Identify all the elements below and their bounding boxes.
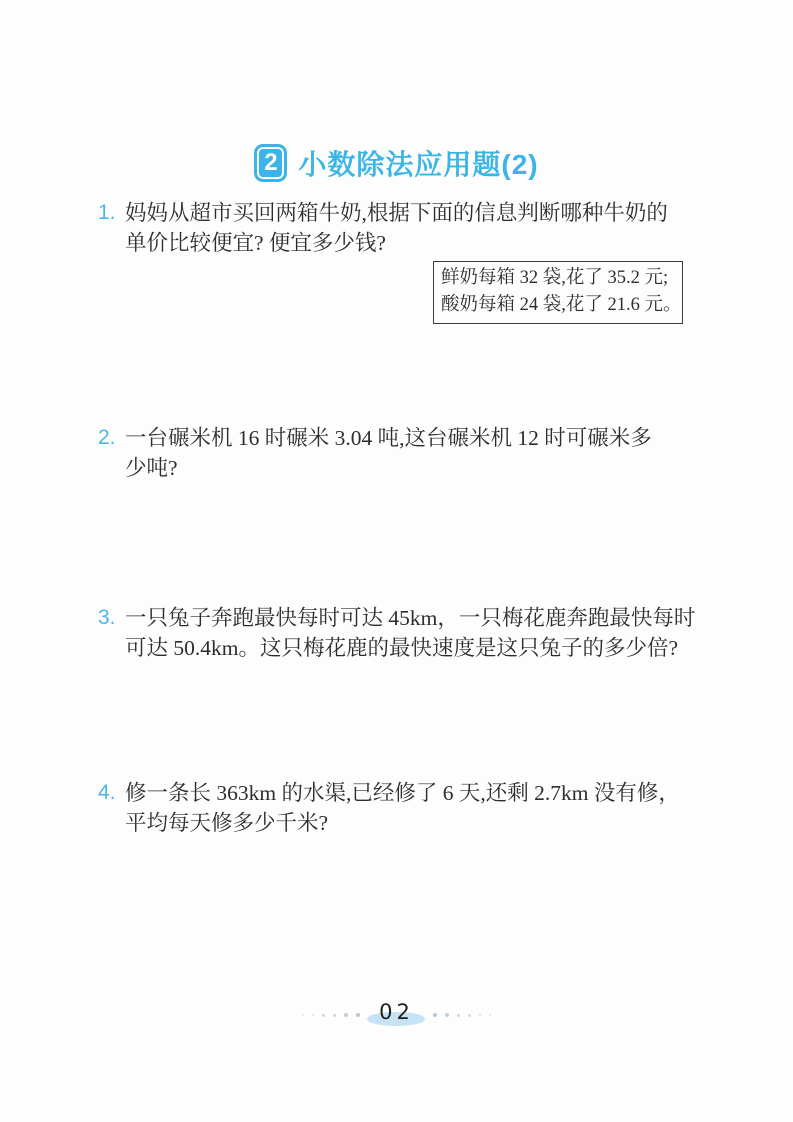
problem-1-text: 妈妈从超市买回两箱牛奶,根据下面的信息判断哪种牛奶的 单价比较便宜? 便宜多少钱… bbox=[125, 198, 718, 258]
dot-icon bbox=[302, 1014, 304, 1016]
title-text: 小数除法应用题(2) bbox=[298, 143, 538, 183]
problem-1-line-1: 妈妈从超市买回两箱牛奶,根据下面的信息判断哪种牛奶的 bbox=[125, 198, 718, 228]
problem-3-line-1: 一只兔子奔跑最快每时可达 45km，一只梅花鹿奔跑最快每时 bbox=[125, 603, 718, 633]
info-box-line-1: 鲜奶每箱 32 袋,花了 35.2 元; bbox=[441, 265, 677, 292]
problem-4-text: 修一条长 363km 的水渠,已经修了 6 天,还剩 2.7km 没有修， 平均… bbox=[125, 778, 718, 838]
page-number: 02 bbox=[379, 1000, 414, 1024]
problem-4-number: 4. bbox=[98, 778, 116, 808]
dot-icon bbox=[433, 1013, 437, 1017]
problem-3-text: 一只兔子奔跑最快每时可达 45km，一只梅花鹿奔跑最快每时 可达 50.4km。… bbox=[125, 603, 718, 663]
problem-2-text: 一台碾米机 16 时碾米 3.04 吨,这台碾米机 12 时可碾米多 少吨? bbox=[125, 423, 718, 483]
dot-icon bbox=[344, 1013, 348, 1017]
dot-icon bbox=[457, 1014, 460, 1017]
page-title: 2 小数除法应用题(2) bbox=[0, 143, 793, 183]
footer-dots-left bbox=[302, 1013, 360, 1017]
page-footer: 02 bbox=[0, 1000, 793, 1024]
problem-2: 2. 一台碾米机 16 时碾米 3.04 吨,这台碾米机 12 时可碾米多 少吨… bbox=[98, 423, 718, 483]
problem-2-number: 2. bbox=[98, 423, 116, 453]
problem-4: 4. 修一条长 363km 的水渠,已经修了 6 天,还剩 2.7km 没有修，… bbox=[98, 778, 718, 838]
footer-dots-right bbox=[433, 1013, 491, 1017]
problem-3-line-2: 可达 50.4km。这只梅花鹿的最快速度是这只兔子的多少倍? bbox=[125, 633, 718, 663]
problem-3: 3. 一只兔子奔跑最快每时可达 45km，一只梅花鹿奔跑最快每时 可达 50.4… bbox=[98, 603, 718, 663]
problem-1-line-2: 单价比较便宜? 便宜多少钱? bbox=[125, 228, 718, 258]
problem-4-line-1: 修一条长 363km 的水渠,已经修了 6 天,还剩 2.7km 没有修， bbox=[125, 778, 718, 808]
dot-icon bbox=[356, 1013, 360, 1017]
problem-1-number: 1. bbox=[98, 198, 116, 228]
info-box: 鲜奶每箱 32 袋,花了 35.2 元; 酸奶每箱 24 袋,花了 21.6 元… bbox=[433, 261, 683, 324]
info-box-line-2: 酸奶每箱 24 袋,花了 21.6 元。 bbox=[441, 292, 677, 319]
worksheet-page: 2 小数除法应用题(2) 1. 妈妈从超市买回两箱牛奶,根据下面的信息判断哪种牛… bbox=[0, 0, 793, 1122]
dot-icon bbox=[322, 1014, 325, 1017]
dot-icon bbox=[479, 1014, 481, 1016]
problem-4-line-2: 平均每天修多少千米? bbox=[125, 808, 718, 838]
page-number-wrap: 02 bbox=[373, 1000, 420, 1024]
dot-icon bbox=[312, 1014, 314, 1016]
title-number-badge: 2 bbox=[254, 144, 287, 182]
dot-icon bbox=[445, 1013, 449, 1017]
problem-2-line-2: 少吨? bbox=[125, 453, 718, 483]
dot-icon bbox=[468, 1014, 471, 1017]
problem-1: 1. 妈妈从超市买回两箱牛奶,根据下面的信息判断哪种牛奶的 单价比较便宜? 便宜… bbox=[98, 198, 718, 258]
problem-2-line-1: 一台碾米机 16 时碾米 3.04 吨,这台碾米机 12 时可碾米多 bbox=[125, 423, 718, 453]
problem-3-number: 3. bbox=[98, 603, 116, 633]
dot-icon bbox=[333, 1014, 336, 1017]
dot-icon bbox=[489, 1014, 491, 1016]
